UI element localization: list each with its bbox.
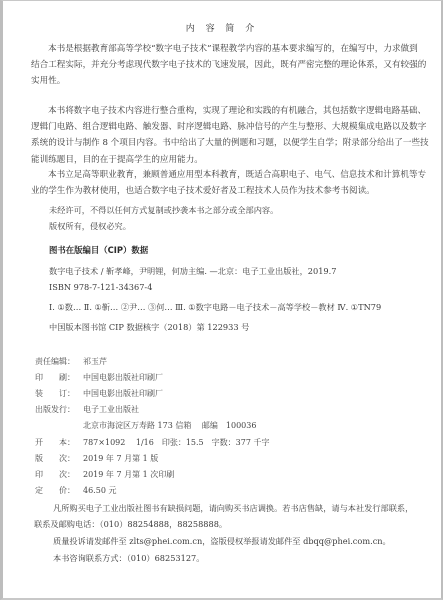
- imprint-row-binder: 装 订： 中国电影出版社印刷厂: [35, 388, 269, 404]
- imprint-label: [35, 420, 83, 437]
- imprint-label: 开 本：: [35, 437, 83, 453]
- imprint-label: 定 价：: [35, 485, 83, 501]
- intro-paragraph-2: 本书将数字电子技术内容进行整合重构，实现了理论和实践的有机融合，其包括数字逻辑电…: [31, 103, 423, 168]
- imprint-row-address: 北京市海淀区万寿路 173 信箱 邮编 100036: [35, 420, 269, 437]
- text-line: 本书将数字电子技术内容进行整合重构，实现了理论和实践的有机融合，其包括数字逻辑电…: [31, 103, 423, 119]
- cip-classification: Ⅰ. ①数… Ⅱ. ①靳… ②尹… ③何… Ⅲ. ①数字电路－电子技术－高等学校…: [49, 302, 381, 313]
- imprint-block: 责任编辑： 祁玉芹 印 刷： 中国电影出版社印刷厂 装 订： 中国电影出版社印刷…: [35, 356, 269, 501]
- imprint-value: 电子工业出版社: [83, 404, 139, 420]
- imprint-label: 版 次：: [35, 453, 83, 469]
- rights-reserved: 版权所有，侵权必究。: [49, 221, 131, 232]
- text-line: 实用性。: [31, 73, 423, 89]
- imprint-row-printing: 印 次： 2019 年 7 月第 1 次印刷: [35, 469, 269, 485]
- cip-isbn: ISBN 978-7-121-34367-4: [49, 282, 152, 292]
- page-title: 内 容 简 介: [3, 21, 441, 34]
- cip-entry: 数字电子技术 / 靳孝峰，尹明锂，何劢主编. —北京：电子工业出版社，2019.…: [49, 266, 336, 277]
- cip-record-number: 中国版本图书馆 CIP 数据核字（2018）第 122933 号: [49, 322, 249, 333]
- imprint-value: 中国电影出版社印刷厂: [83, 372, 163, 388]
- imprint-value: 2019 年 7 月第 1 版: [83, 453, 158, 469]
- imprint-value: 46.50 元: [83, 485, 116, 501]
- intro-paragraph-1: 本书是根据教育部高等学校“数字电子技术”课程教学内容的基本要求编写的，在编写中，…: [31, 41, 423, 90]
- imprint-value: 北京市海淀区万寿路 173 信箱 邮编 100036: [83, 420, 256, 437]
- inquiry-contact: 本书咨询联系方式：（010）68253127。: [53, 553, 204, 564]
- imprint-label: 责任编辑：: [35, 356, 83, 372]
- imprint-row-publisher: 出版发行： 电子工业出版社: [35, 404, 269, 420]
- imprint-label: 印 刷：: [35, 372, 83, 388]
- contact-phone: 联系及邮购电话：（010）88254888，88258888。: [34, 519, 227, 530]
- text-line: 逻辑门电路、组合逻辑电路、触发器、时序逻辑电路、脉冲信号的产生与整形、大规模集成…: [31, 119, 423, 135]
- defect-notice: 凡所购买电子工业出版社图书有缺损问题，请向购买书店调换。若书店售缺，请与本社发行…: [53, 503, 413, 514]
- copyright-notice: 未经许可，不得以任何方式复制或抄袭本书之部分或全部内容。: [49, 205, 278, 216]
- text-line: 系统的设计与制作 8 个项目内容。书中给出了大量的例题和习题，以便学生自学；附录…: [31, 135, 423, 151]
- imprint-row-edition: 版 次： 2019 年 7 月第 1 版: [35, 453, 269, 469]
- imprint-value: 中国电影出版社印刷厂: [83, 388, 163, 404]
- imprint-value: 2019 年 7 月第 1 次印刷: [83, 469, 174, 485]
- imprint-value: 祁玉芹: [83, 356, 107, 372]
- imprint-row-editor: 责任编辑： 祁玉芹: [35, 356, 269, 372]
- text-line: 业的学生作为教材使用，也适合数字电子技术爱好者及工程技术人员作为技术参考书阅读。: [31, 183, 423, 199]
- imprint-row-price: 定 价： 46.50 元: [35, 485, 269, 501]
- text-line: 本书是根据教育部高等学校“数字电子技术”课程教学内容的基本要求编写的，在编写中，…: [31, 41, 423, 57]
- complaint-email: 质量投诉请发邮件至 zlts@phei.com.cn，盗版侵权举报请发邮件至 d…: [53, 536, 391, 547]
- text-line: 能训练题目，目的在于提高学生的应用能力。: [31, 152, 423, 168]
- imprint-label: 装 订：: [35, 388, 83, 404]
- imprint-row-format: 开 本： 787×1092 1/16 印张：15.5 字数：377 千字: [35, 437, 269, 453]
- imprint-label: 印 次：: [35, 469, 83, 485]
- cip-heading: 图书在版编目（CIP）数据: [49, 244, 148, 256]
- imprint-value: 787×1092 1/16 印张：15.5 字数：377 千字: [83, 437, 269, 453]
- text-line: 本书立足高等职业教育，兼顾普通应用型本科教育，既适合高职电子、电气、信息技术和计…: [31, 167, 423, 183]
- text-line: 结合工程实际，并充分考虑现代数字电子技术的飞速发展，因此，既有严密完整的理论体系…: [31, 57, 423, 73]
- imprint-row-printer: 印 刷： 中国电影出版社印刷厂: [35, 372, 269, 388]
- imprint-label: 出版发行：: [35, 404, 83, 420]
- copyright-page: 内 容 简 介 本书是根据教育部高等学校“数字电子技术”课程教学内容的基本要求编…: [0, 0, 443, 600]
- intro-paragraph-3: 本书立足高等职业教育，兼顾普通应用型本科教育，既适合高职电子、电气、信息技术和计…: [31, 167, 423, 199]
